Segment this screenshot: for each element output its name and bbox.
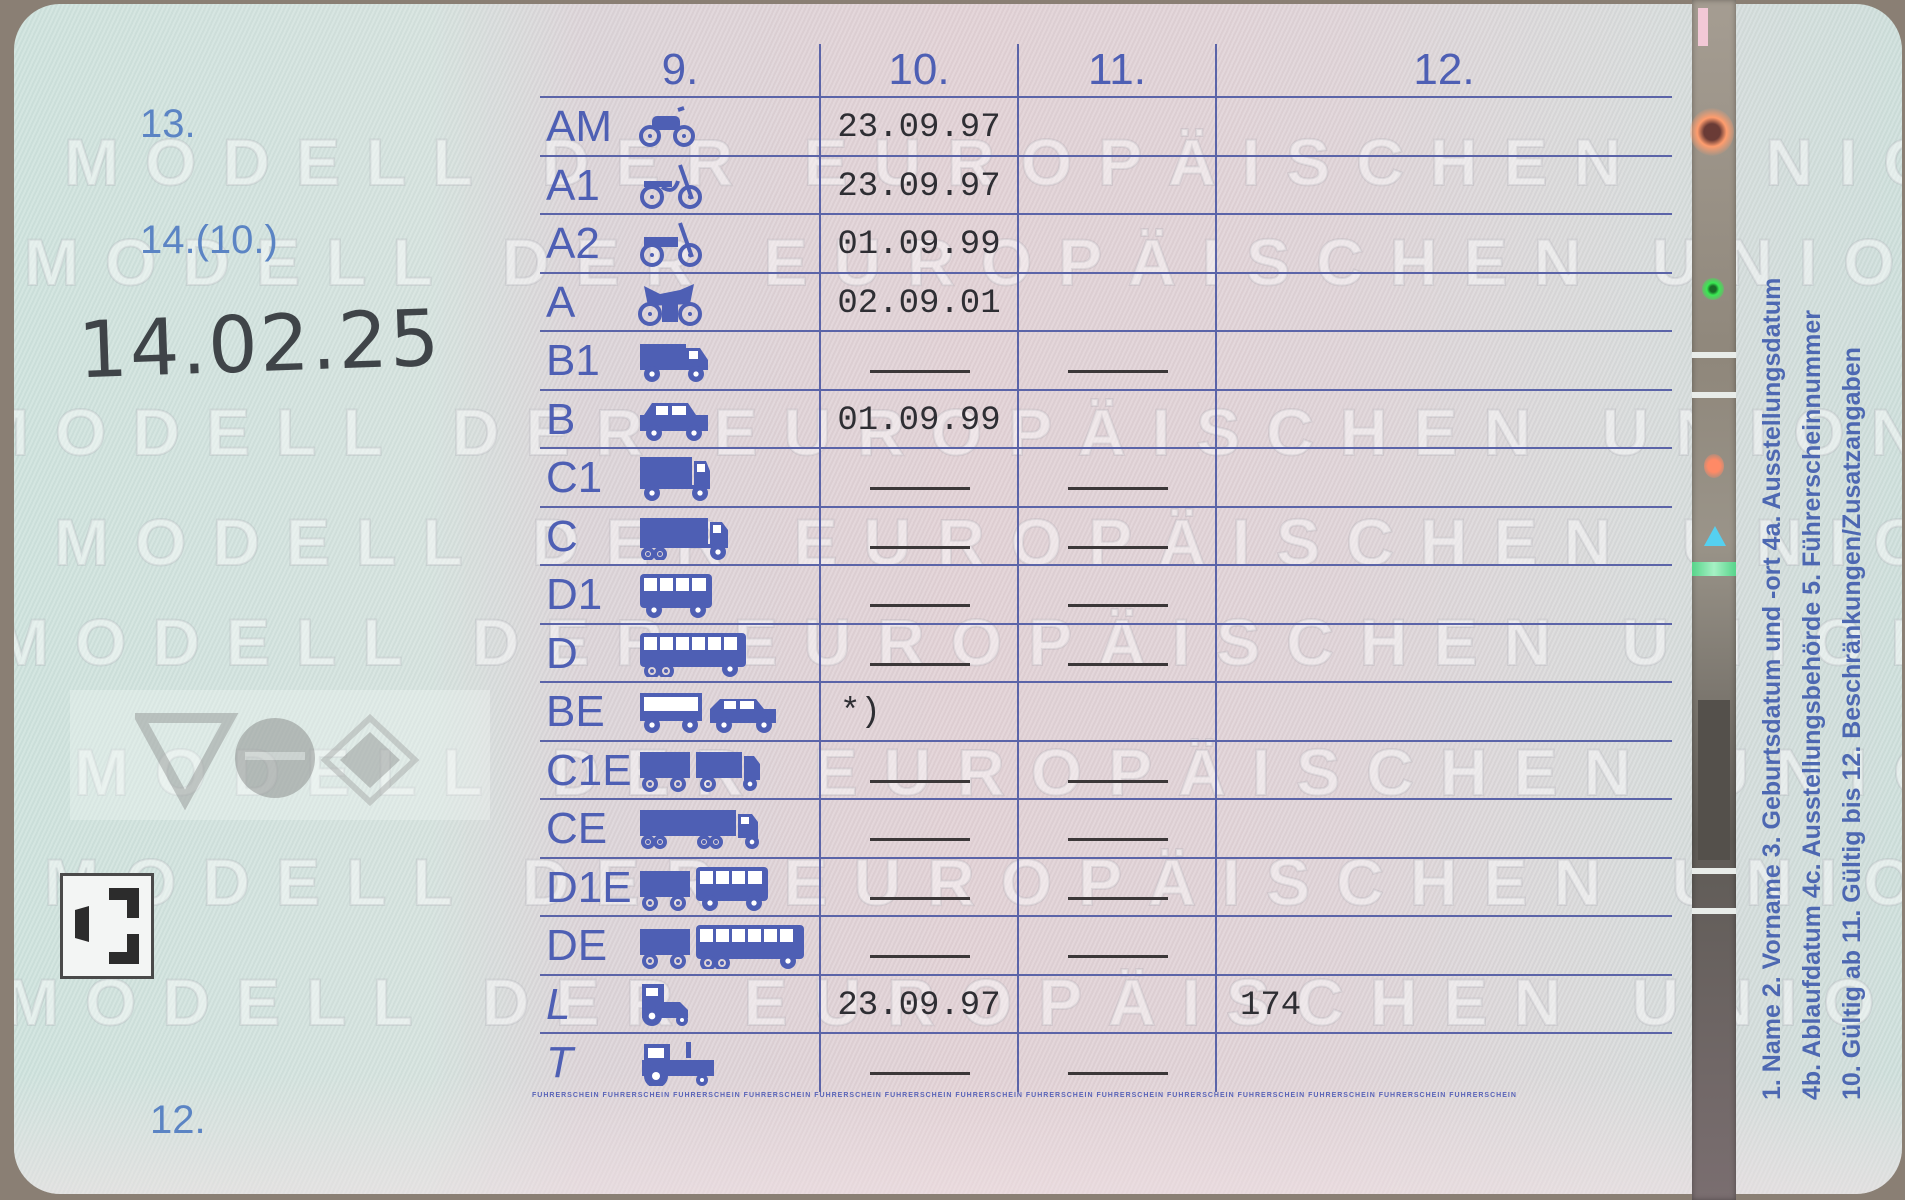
table-row: BE*) [540, 681, 1672, 740]
holo-green-dot [1702, 278, 1724, 300]
dash-line [1068, 838, 1168, 841]
dash-line [1068, 1072, 1168, 1075]
valid-from-cell: 23.09.97 [820, 157, 1018, 215]
category-code: B1 [546, 332, 600, 390]
table-row: D1E [540, 857, 1672, 916]
column-header-12: 12. [1216, 44, 1672, 96]
table-row: C [540, 506, 1672, 565]
valid-from-cell: 02.09.01 [820, 274, 1018, 332]
field-legend: 1. Name 2. Vorname 3. Geburtsdatum und -… [1752, 100, 1902, 1100]
dash-line [1068, 370, 1168, 373]
column-divider [1215, 44, 1217, 1092]
category-code: A [546, 274, 575, 332]
table-row: C1 [540, 447, 1672, 506]
holographic-strip [1692, 0, 1736, 1200]
column-divider [1017, 44, 1019, 1092]
dash-line [870, 604, 970, 607]
column-divider [819, 44, 821, 1092]
table-row: L23.09.97174 [540, 974, 1672, 1033]
dash-line [870, 780, 970, 783]
table-row: D1 [540, 564, 1672, 623]
category-code: C [546, 508, 578, 566]
table-row: CE [540, 798, 1672, 857]
field-14-label: 14.(10.) [140, 218, 278, 263]
holo-green-band [1692, 562, 1736, 576]
table-row: C1E [540, 740, 1672, 799]
valid-until-cell [1018, 157, 1216, 215]
strip-divider [1692, 352, 1736, 358]
dash-line [870, 487, 970, 490]
dash-line [1068, 604, 1168, 607]
dash-line [1068, 780, 1168, 783]
column-header-10: 10. [820, 44, 1018, 96]
dash-line [870, 838, 970, 841]
category-code: B [546, 391, 575, 449]
valid-until-cell [1018, 215, 1216, 273]
category-code: CE [546, 800, 607, 858]
dash-line [1068, 487, 1168, 490]
table-row: A02.09.01 [540, 272, 1672, 331]
dash-line [870, 663, 970, 666]
dash-line [870, 955, 970, 958]
category-code: T [546, 1034, 573, 1092]
category-code: AM [546, 98, 612, 156]
category-code: A1 [546, 157, 600, 215]
valid-until-cell [1018, 274, 1216, 332]
column-header-11: 11. [1018, 44, 1216, 96]
category-code: D [546, 625, 578, 683]
legend-line-3: 10. Gültig ab 11. Gültig bis 12. Beschrä… [1832, 100, 1872, 1100]
category-code: D1E [546, 859, 632, 917]
valid-from-cell: 23.09.97 [820, 98, 1018, 156]
strip-divider [1692, 392, 1736, 398]
valid-from-cell: 01.09.99 [820, 391, 1018, 449]
category-code: D1 [546, 566, 602, 624]
dash-line [1068, 897, 1168, 900]
holo-orange-glyph [1690, 108, 1734, 156]
dash-line [870, 370, 970, 373]
category-code: A2 [546, 215, 600, 273]
table-row: T [540, 1032, 1672, 1091]
category-code: C1E [546, 742, 632, 800]
strip-divider [1692, 908, 1736, 914]
dash-line [870, 1072, 970, 1075]
table-row: B1 [540, 330, 1672, 389]
valid-from-cell: *) [840, 683, 881, 741]
valid-until-cell [1018, 98, 1216, 156]
field-12-label: 12. [150, 1098, 206, 1143]
field-14-handwritten-date: 14.02.25 [77, 294, 443, 397]
holo-orange-dot [1704, 454, 1724, 478]
holo-bar [1698, 8, 1708, 46]
column-header-9: 9. [540, 44, 820, 96]
dash-line [1068, 955, 1168, 958]
legend-line-1: 1. Name 2. Vorname 3. Geburtsdatum und -… [1752, 100, 1792, 1100]
table-row: AM23.09.97 [540, 96, 1672, 155]
table-row: A201.09.99 [540, 213, 1672, 272]
dash-line [870, 546, 970, 549]
table-row: A123.09.97 [540, 155, 1672, 214]
table-row: D [540, 623, 1672, 682]
valid-from-cell: 23.09.97 [820, 976, 1018, 1034]
dash-line [1068, 546, 1168, 549]
legend-line-2: 4b. Ablaufdatum 4c. Ausstellungsbehörde … [1792, 100, 1832, 1100]
strip-divider [1692, 868, 1736, 874]
holo-triangle-icon [1704, 526, 1726, 546]
category-code: L [546, 976, 570, 1034]
licence-categories-table: 9. 10. 11. 12. AM23.09.97A123.09.97A201.… [540, 44, 1672, 1092]
valid-from-cell: 01.09.99 [820, 215, 1018, 273]
category-code: BE [546, 683, 605, 741]
valid-until-cell [1018, 391, 1216, 449]
category-code: DE [546, 917, 607, 975]
table-row: DE [540, 915, 1672, 974]
alignment-marker-icon [60, 873, 154, 979]
table-row: B01.09.99 [540, 389, 1672, 448]
strip-window [1698, 700, 1730, 860]
valid-until-cell [1018, 683, 1216, 741]
microprint-line: FÜHRERSCHEIN FÜHRERSCHEIN FÜHRERSCHEIN F… [532, 1092, 1672, 1104]
security-emblem-icon [135, 710, 445, 810]
dash-line [870, 897, 970, 900]
dash-line [1068, 663, 1168, 666]
valid-until-cell [1018, 976, 1216, 1034]
category-code: C1 [546, 449, 602, 507]
restrictions-cell: 174 [1240, 976, 1301, 1034]
field-13-label: 13. [140, 102, 196, 147]
